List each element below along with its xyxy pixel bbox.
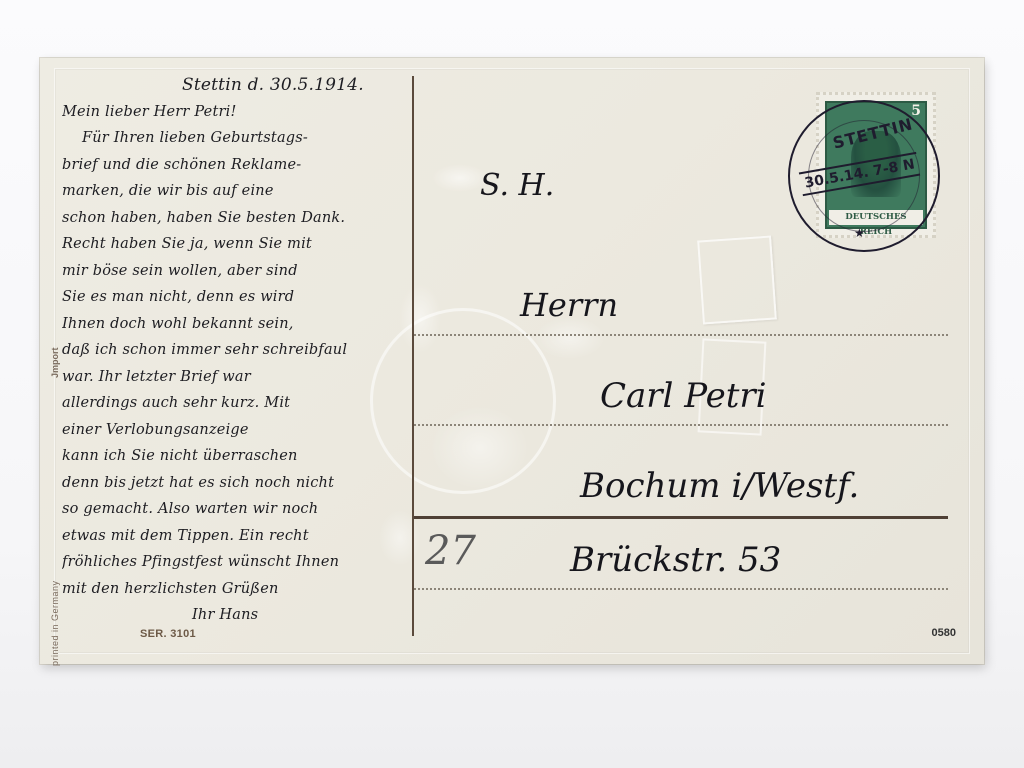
message-line: Sie es man nicht, denn es wird [62, 284, 432, 311]
postmark-cancellation: STETTIN 30.5.14. 7-8 N ★ [788, 100, 940, 252]
postcard: Stettin d. 30.5.1914. Mein lieber Herr P… [40, 58, 984, 664]
message-line: marken, die wir bis auf eine [62, 178, 432, 205]
embossed-flag-upper [697, 236, 777, 325]
address-city: Bochum i/Westf. [580, 466, 859, 506]
message-line: mit den herzlichsten Grüßen [62, 576, 432, 603]
message-line: etwas mit dem Tippen. Ein recht [62, 523, 432, 550]
card-number: 0580 [932, 627, 956, 639]
message-line: kann ich Sie nicht überraschen [62, 443, 432, 470]
message-line: so gemacht. Also warten wir noch [62, 496, 432, 523]
message-line: mir böse sein wollen, aber sind [62, 258, 432, 285]
series-number: SER. 3101 [140, 628, 196, 640]
message-line: Für Ihren lieben Geburtstags- [62, 125, 432, 152]
message-line: Recht haben Sie ja, wenn Sie mit [62, 231, 432, 258]
message-line: fröhliches Pfingstfest wünscht Ihnen [62, 549, 432, 576]
message-line: denn bis jetzt hat es sich noch nicht [62, 470, 432, 497]
message-line: Mein lieber Herr Petri! [62, 99, 432, 126]
pencil-note: 27 [425, 528, 515, 578]
address-street: Brückstr. 53 [570, 540, 781, 580]
printed-in-germany-label: printed in Germany [50, 580, 60, 666]
message-line: war. Ihr letzter Brief war [62, 364, 432, 391]
message-line: schon haben, haben Sie besten Dank. [62, 205, 432, 232]
address-line [414, 334, 948, 336]
message-signature: Ihr Hans [62, 602, 432, 629]
message-line: Ihnen doch wohl bekannt sein, [62, 311, 432, 338]
star-icon: ★ [854, 226, 865, 240]
handwritten-message: Stettin d. 30.5.1914. Mein lieber Herr P… [62, 72, 432, 629]
address-name: Carl Petri [600, 376, 766, 416]
message-line: brief und die schönen Reklame- [62, 152, 432, 179]
message-line: allerdings auch sehr kurz. Mit [62, 390, 432, 417]
message-dateline: Stettin d. 30.5.1914. [62, 72, 432, 99]
address-herrn: Herrn [520, 286, 618, 324]
address-line [414, 588, 948, 590]
message-line: einer Verlobungsanzeige [62, 417, 432, 444]
address-salutation-sh: S. H. [480, 168, 554, 203]
message-line: daß ich schon immer sehr schreibfaul [62, 337, 432, 364]
import-label: Jmport [50, 347, 60, 378]
address-line [414, 424, 948, 426]
stamp-value: 5 [911, 103, 921, 119]
address-line-main [414, 516, 948, 519]
